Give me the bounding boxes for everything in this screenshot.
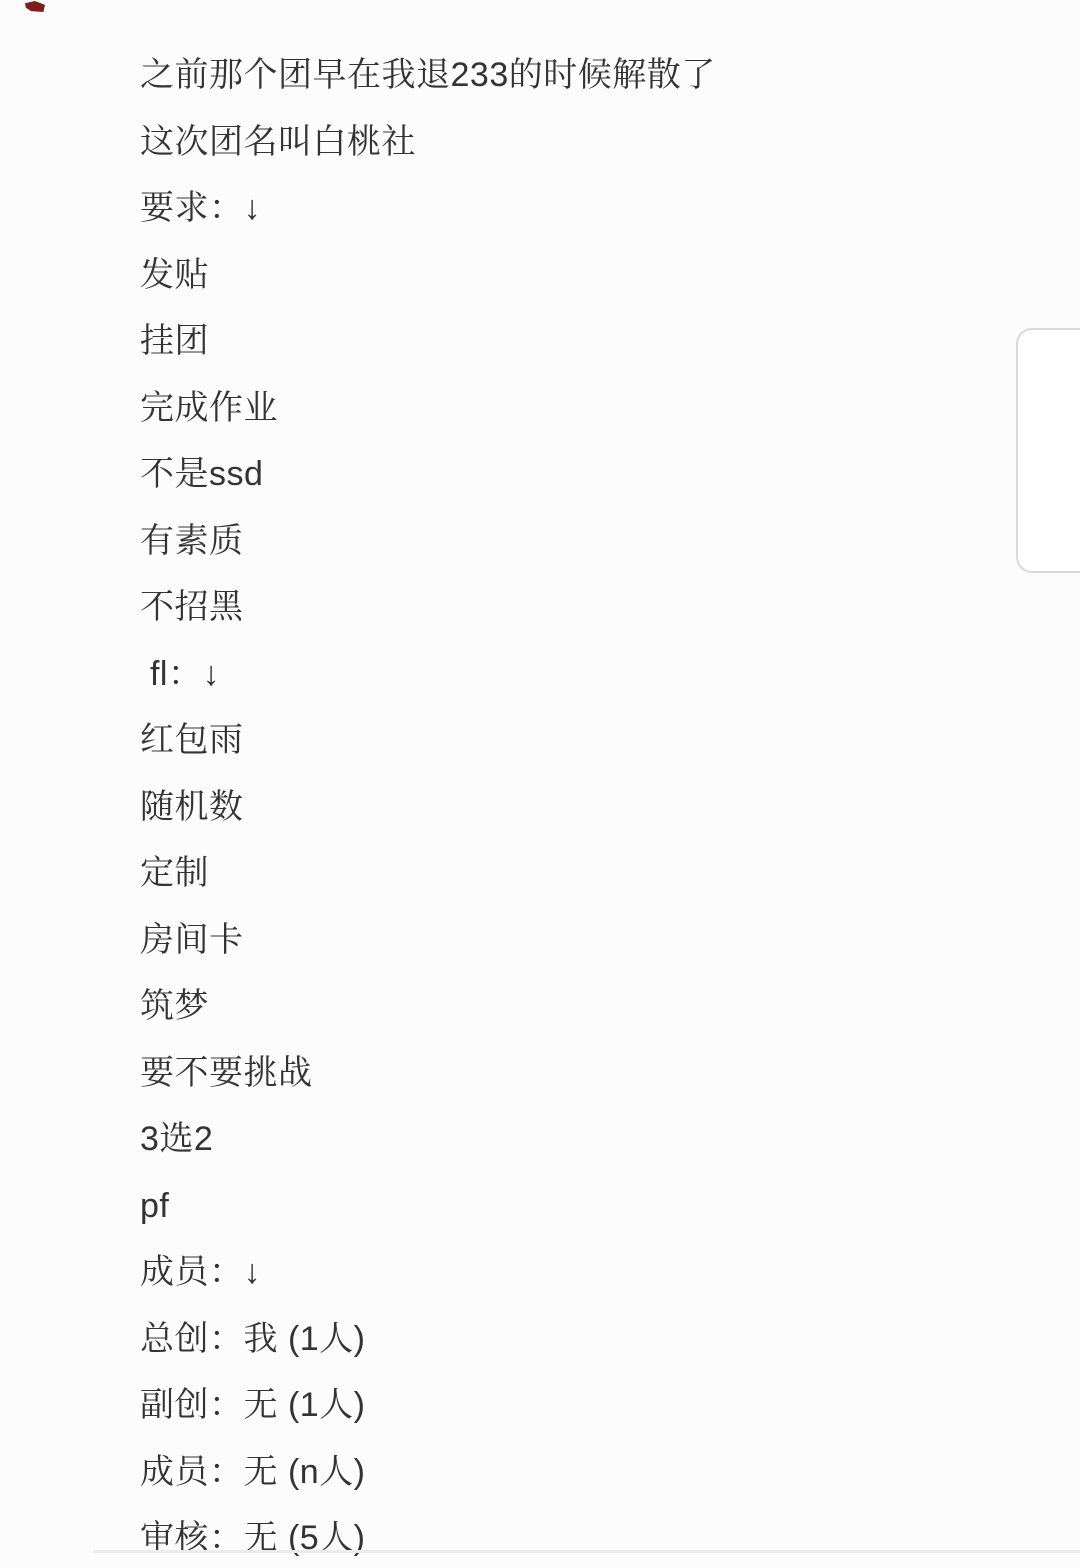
post-content: 之前那个团早在我退233的时候解散了 这次团名叫白桃社 要求：↓ 发贴 挂团 完…	[0, 0, 1080, 1568]
text-line: 红包雨	[140, 707, 1080, 774]
page: 之前那个团早在我退233的时候解散了 这次团名叫白桃社 要求：↓ 发贴 挂团 完…	[0, 0, 1080, 1568]
text-line: 成员：↓	[140, 1239, 1080, 1306]
text-line: 不招黑	[140, 574, 1080, 641]
text-line: 成员：无 (n人)	[140, 1439, 1080, 1506]
text-line: 之前那个团早在我退233的时候解散了	[140, 42, 1080, 109]
text-line: 3选2	[140, 1106, 1080, 1173]
text-line: 总创：我 (1人)	[140, 1306, 1080, 1373]
text-line: 发贴	[140, 242, 1080, 309]
text-line: pf	[140, 1173, 1080, 1240]
text-line: fl：↓	[140, 641, 1080, 708]
text-line: 房间卡	[140, 907, 1080, 974]
text-line: 随机数	[140, 774, 1080, 841]
text-line: 筑梦	[140, 973, 1080, 1040]
text-line: 要求：↓	[140, 175, 1080, 242]
text-line: 不是ssd	[140, 441, 1080, 508]
text-line: 挂团	[140, 308, 1080, 375]
bottom-divider	[93, 1550, 1080, 1553]
text-line: 完成作业	[140, 375, 1080, 442]
text-line: 有素质	[140, 508, 1080, 575]
text-line: 副创：无 (1人)	[140, 1372, 1080, 1439]
text-line: 定制	[140, 840, 1080, 907]
text-line: 这次团名叫白桃社	[140, 109, 1080, 176]
text-line: 审核：无 (5人)	[140, 1505, 1080, 1568]
scrollbar-thumb[interactable]	[1016, 328, 1080, 573]
text-line: 要不要挑战	[140, 1040, 1080, 1107]
